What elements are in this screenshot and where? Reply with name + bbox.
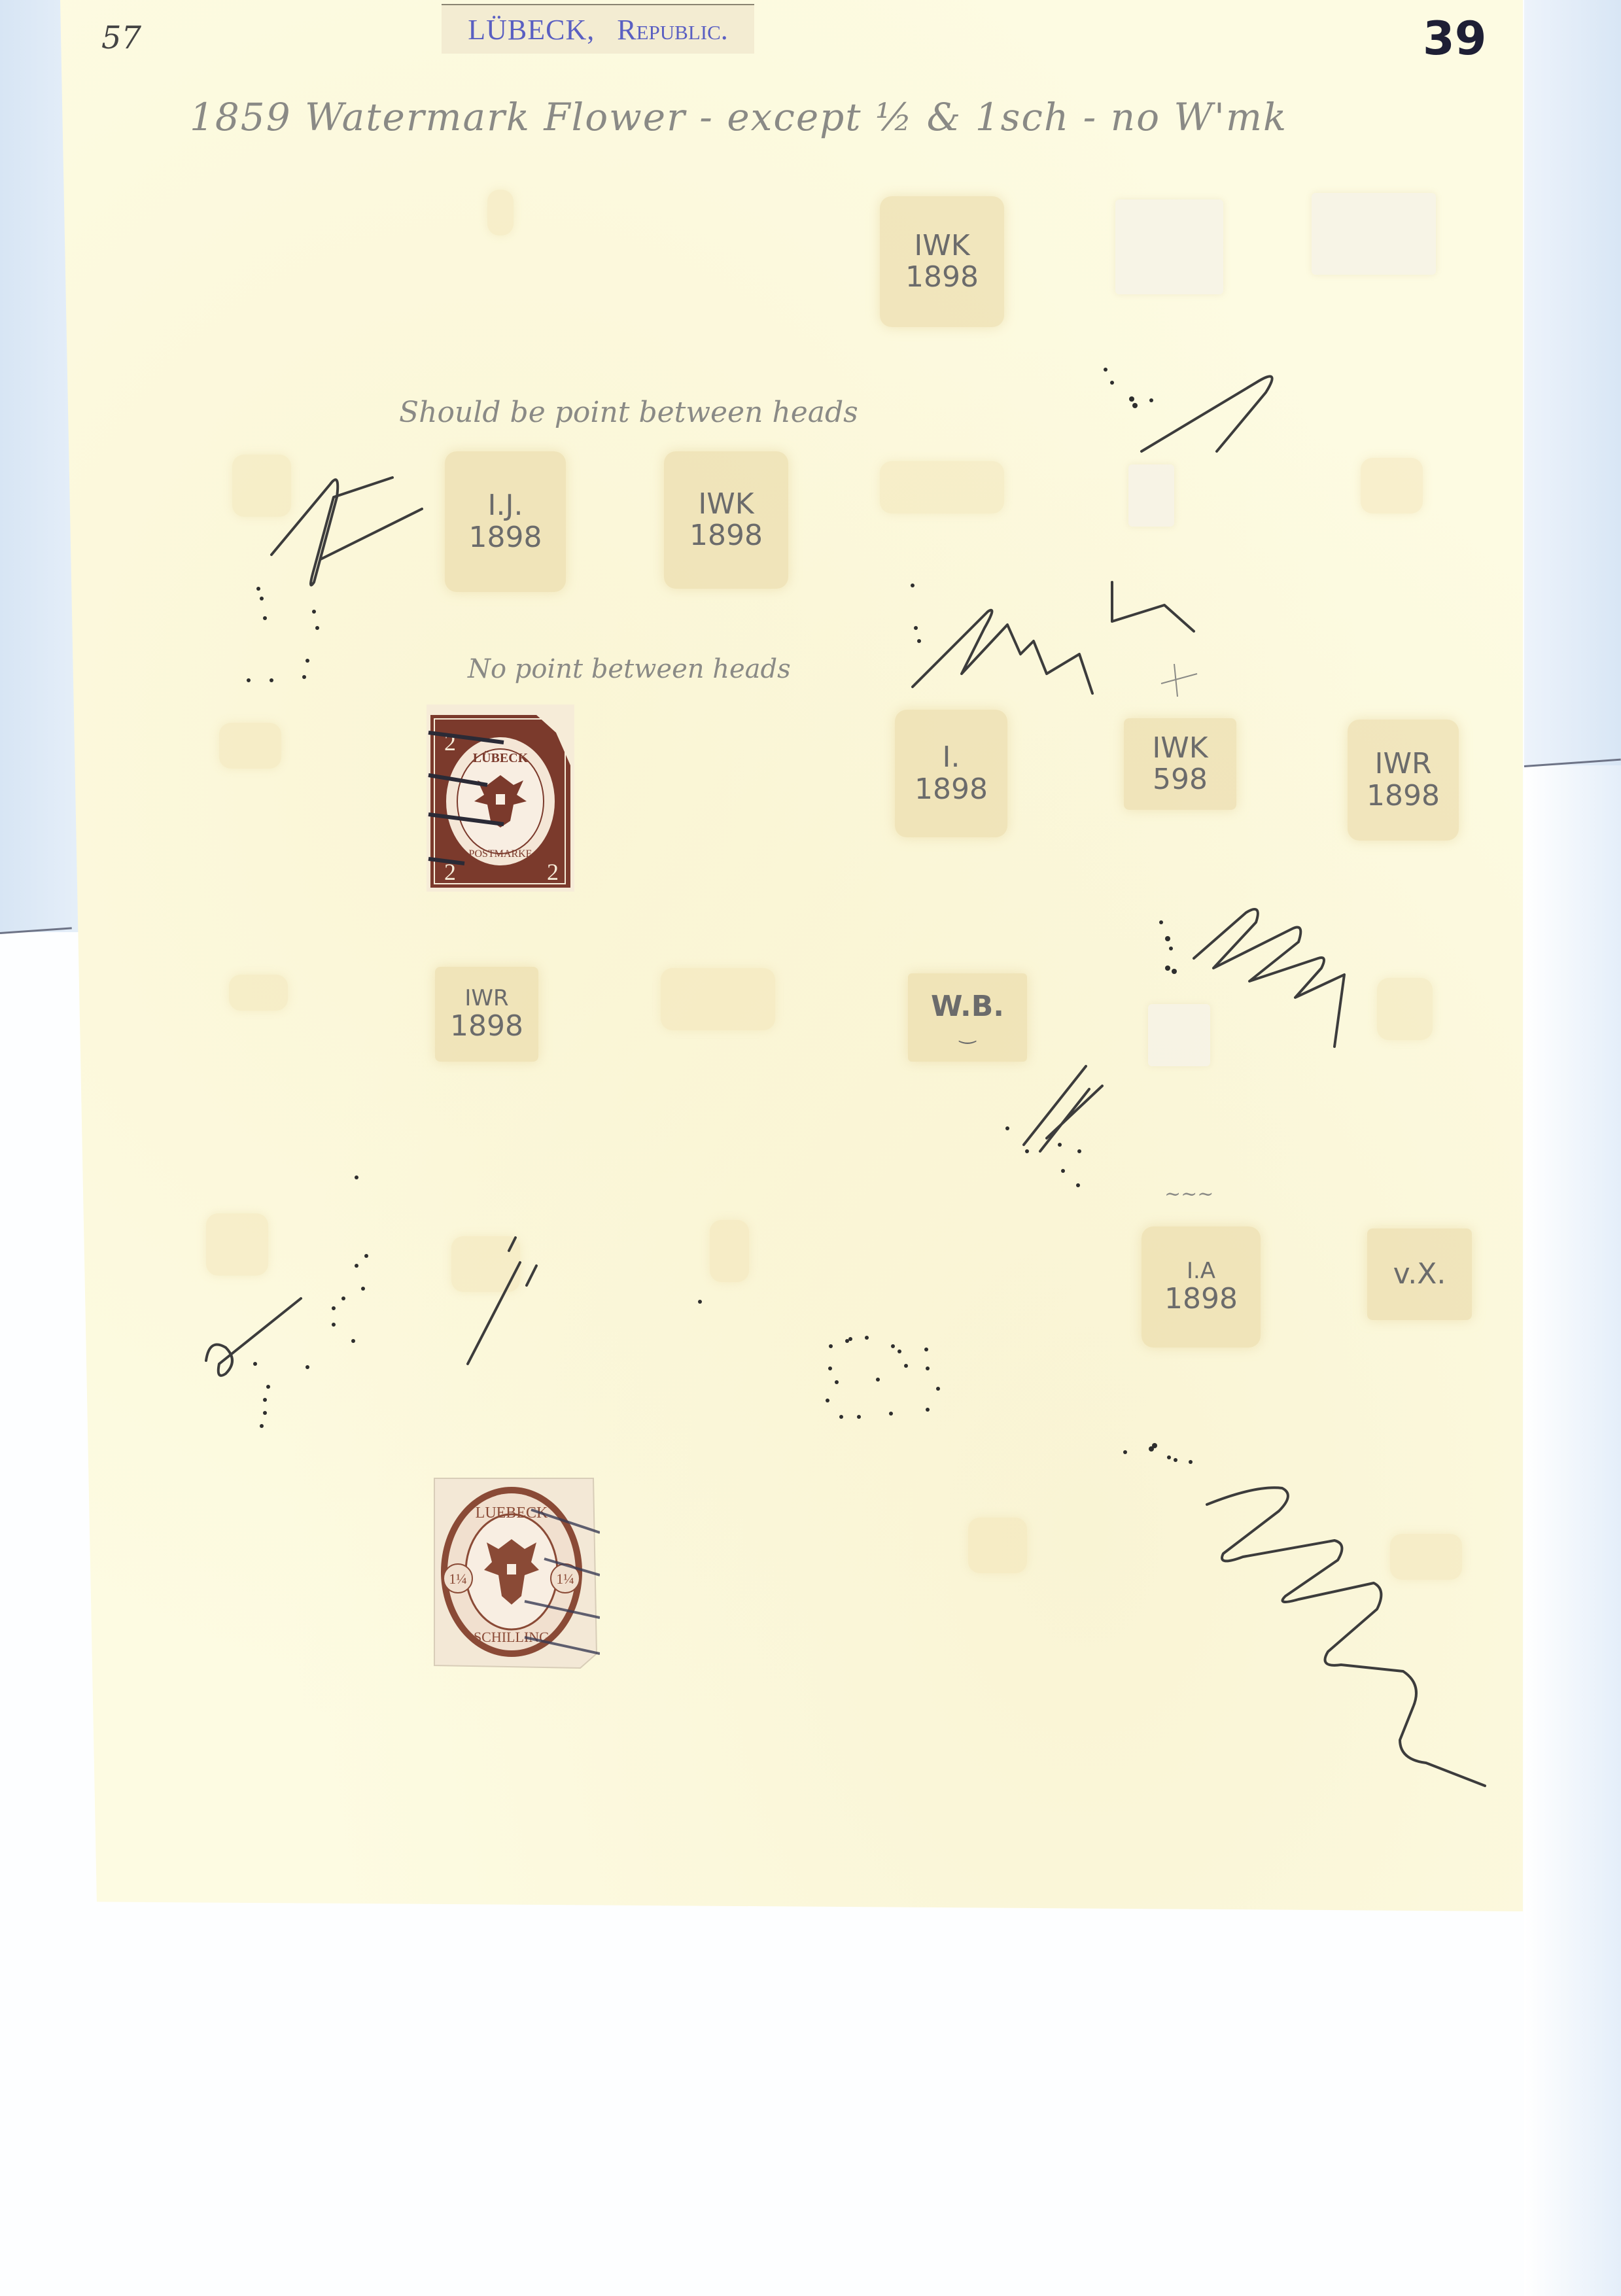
hinge-initials: IWK	[1152, 733, 1208, 764]
hinge-annotated: IWK 1898	[664, 451, 788, 589]
hinge-year: 1898	[469, 522, 542, 553]
hinge-initials: I.	[943, 742, 960, 773]
hinge-year: 1898	[1164, 1283, 1238, 1315]
stamp-bottom-inscription: POSTMARKE	[469, 848, 532, 860]
country-header-label: LÜBECK, Republic.	[442, 4, 754, 54]
hinge-remnant	[219, 723, 281, 769]
stamp-value-right: 1¼	[556, 1571, 574, 1587]
country-name: LÜBECK,	[468, 13, 595, 46]
hinge-year: 1898	[450, 1011, 523, 1042]
hinge-initials: IWR	[1374, 748, 1431, 780]
album-page	[60, 0, 1523, 1911]
hinge-initials: IWR	[464, 986, 508, 1011]
hinge-remnant	[880, 461, 1004, 513]
hinge-initials: v.X.	[1393, 1259, 1446, 1290]
hinge-remnant	[710, 1220, 749, 1282]
hinge-remnant	[1148, 1004, 1210, 1066]
hinge-initials: I.A	[1187, 1259, 1215, 1283]
hinge-remnant	[1377, 978, 1433, 1040]
hinge-initials: W.B.	[931, 991, 1004, 1022]
hinge-initials: I.J.	[488, 490, 523, 521]
hinge-year: 1898	[915, 774, 988, 805]
stamp-value-br: 2	[547, 859, 559, 885]
hinge-year: 598	[1153, 764, 1208, 795]
hinge-remnant	[1312, 193, 1436, 275]
hinge-remnant	[1361, 458, 1423, 513]
hinge-remnant	[229, 975, 288, 1011]
hinge-remnant	[1390, 1534, 1462, 1580]
stamp-2-schilling: LÜBECK POSTMARKE 2 2 2	[425, 703, 576, 893]
hinge-annotated: IWK 1898	[880, 196, 1004, 327]
paper-texture	[60, 0, 1523, 1911]
scanner-background-right-lower	[1524, 765, 1621, 2296]
hinge-remnant	[232, 455, 291, 517]
stamp-bottom-inscription: SCHILLING	[474, 1629, 549, 1645]
hinge-remnant	[206, 1213, 268, 1276]
reference-number: 57	[101, 20, 141, 56]
page-number: 39	[1423, 12, 1486, 65]
hinge-annotated: I.J. 1898	[445, 451, 566, 592]
hinge-annotated: IWR 1898	[1348, 720, 1459, 841]
country-subtitle: Republic.	[617, 13, 728, 46]
hinge-remnant	[1128, 464, 1174, 527]
hinge-remnant	[451, 1236, 520, 1292]
hinge-remnant	[487, 190, 514, 235]
hinge-initials: IWK	[914, 230, 969, 262]
hinge-remnant	[661, 968, 775, 1030]
hinge-annotated: IWK 598	[1124, 718, 1236, 810]
stamp-value-left: 1¼	[449, 1571, 467, 1587]
hinge-remnant	[1115, 200, 1223, 294]
stamp-country: LÜBECK	[473, 750, 529, 765]
hinge-initials: IWK	[698, 489, 754, 520]
hinge-annotated: I. 1898	[895, 710, 1007, 837]
hinge-year: 1898	[689, 520, 763, 551]
hinge-year: 1898	[1367, 780, 1440, 812]
hinge-remnant	[968, 1518, 1027, 1573]
stamp-1-quarter-schilling: LUEBECK 1¼ 1¼ SCHILLING	[433, 1477, 600, 1670]
scanner-background-right	[1524, 0, 1621, 765]
handwritten-note-no-point: No point between heads	[468, 654, 791, 684]
hinge-annotated: v.X.	[1367, 1228, 1472, 1320]
handwritten-title-note: 1859 Watermark Flower - except ½ & 1sch …	[190, 95, 1287, 139]
hinge-underline: ‿	[960, 1022, 975, 1044]
hinge-year: 1898	[905, 262, 979, 293]
hinge-annotated: W.B. ‿	[908, 973, 1027, 1062]
pencil-squiggle-note: ~~~	[1164, 1183, 1213, 1206]
hinge-annotated: I.A 1898	[1142, 1226, 1261, 1348]
handwritten-note-point-between-heads: Should be point between heads	[399, 396, 858, 429]
hinge-annotated: IWR 1898	[435, 967, 538, 1062]
